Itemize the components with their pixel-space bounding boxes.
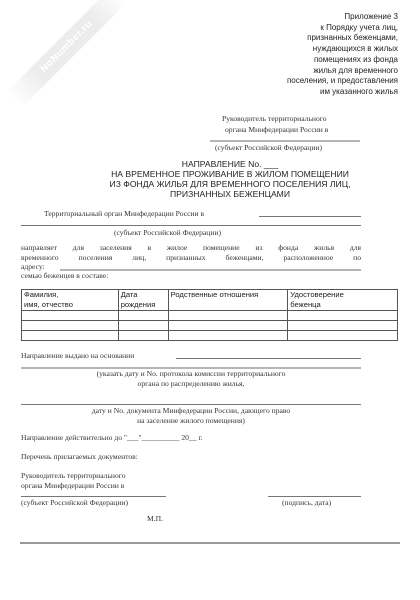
header-birth-date: Датарождения xyxy=(118,290,168,311)
document-title: НАПРАВЛЕНИЕ No. ___ НА ВРЕМЕННОЕ ПРОЖИВА… xyxy=(60,159,400,199)
appendix-line: нуждающихся в жилых xyxy=(228,44,398,55)
title-line: ИЗ ФОНДА ЖИЛЬЯ ДЛЯ ВРЕМЕННОГО ПОСЕЛЕНИЯ … xyxy=(60,179,400,189)
cell-birth-date[interactable] xyxy=(118,321,168,331)
basis-field[interactable] xyxy=(176,358,361,359)
signature-line1: Руководитель территориального xyxy=(21,471,126,481)
organ-subject-field-line2[interactable] xyxy=(21,225,361,226)
watermark: NoNumber.ru xyxy=(6,0,128,108)
stamp-label: М.П. xyxy=(147,514,163,524)
cell-relationship[interactable] xyxy=(168,321,288,331)
cell-refugee-certificate[interactable] xyxy=(288,321,398,331)
cell-birth-date[interactable] xyxy=(118,331,168,341)
cell-full-name[interactable] xyxy=(22,321,119,331)
paragraph-line1: направляет для заселения в жилое помещен… xyxy=(21,243,361,253)
family-table: Фамилия,имя, отчество Датарождения Родст… xyxy=(21,289,398,341)
footer-divider xyxy=(20,542,400,544)
appendix-line: признанных беженцами, xyxy=(228,33,398,44)
title-line: НА ВРЕМЕННОЕ ПРОЖИВАНИЕ В ЖИЛОМ ПОМЕЩЕНИ… xyxy=(60,169,400,179)
validity-text: Направление действительно до "___"______… xyxy=(21,433,203,443)
table-header-row: Фамилия,имя, отчество Датарождения Родст… xyxy=(22,290,398,311)
signature-sign-caption: (подпись, дата) xyxy=(282,498,331,508)
header-refugee-certificate: Удостоверениебеженца xyxy=(288,290,398,311)
addressee-caption: (субъект Российской Федерации) xyxy=(215,143,322,153)
appendix-line: Приложение 3 xyxy=(228,12,398,23)
signature-subject-field[interactable] xyxy=(21,496,166,497)
basis-field-line3[interactable] xyxy=(21,404,361,405)
cell-birth-date[interactable] xyxy=(118,311,168,321)
title-line: НАПРАВЛЕНИЕ No. ___ xyxy=(60,159,400,169)
organ-subject-field[interactable] xyxy=(259,216,361,217)
addressee-line2: органа Минфедерации России в xyxy=(225,125,328,135)
appendix-line: поселения, и предоставления xyxy=(228,76,398,87)
basis-caption1-line1: (указать дату и No. протокола комиссии т… xyxy=(21,369,361,379)
appendix-line: к Порядку учета лиц, xyxy=(228,23,398,34)
header-full-name: Фамилия,имя, отчество xyxy=(22,290,119,311)
cell-refugee-certificate[interactable] xyxy=(288,331,398,341)
cell-full-name[interactable] xyxy=(22,311,119,321)
organ-caption: (субъект Российской Федерации) xyxy=(114,228,221,238)
appendix-header: Приложение 3 к Порядку учета лиц, призна… xyxy=(228,12,398,98)
addressee-subject-field[interactable] xyxy=(210,140,360,142)
basis-caption2-line2: на заселение жилого помещения) xyxy=(21,416,361,426)
paragraph-line2: временного поселения лиц, признанных беж… xyxy=(21,253,361,263)
documents-label: Перечень прилагаемых документов: xyxy=(21,452,138,462)
table-row xyxy=(22,331,398,341)
cell-relationship[interactable] xyxy=(168,331,288,341)
signature-sign-field[interactable] xyxy=(268,496,361,497)
cell-refugee-certificate[interactable] xyxy=(288,311,398,321)
basis-label: Направление выдано на основании xyxy=(21,351,134,361)
signature-subject-caption: (субъект Российской Федерации) xyxy=(21,498,128,508)
header-relationship: Родственные отношения xyxy=(168,290,288,311)
appendix-line: помещениях из фонда xyxy=(228,55,398,66)
signature-line2: органа Минфедерации России в xyxy=(21,481,124,491)
cell-relationship[interactable] xyxy=(168,311,288,321)
title-line: ПРИЗНАННЫХ БЕЖЕНЦАМИ xyxy=(60,189,400,199)
organ-label: Территориальный орган Минфедерации Росси… xyxy=(44,209,204,219)
basis-caption2-line1: дату и No. документа Минфедерации России… xyxy=(21,406,361,416)
table-row xyxy=(22,321,398,331)
cell-full-name[interactable] xyxy=(22,331,119,341)
table-row xyxy=(22,311,398,321)
basis-caption1-line2: органа по распределению жилья, xyxy=(21,379,361,389)
appendix-line: жилья для временного xyxy=(228,66,398,77)
family-label: семью беженцев в составе: xyxy=(21,271,108,281)
addressee-line1: Руководитель территориального xyxy=(222,114,327,124)
appendix-line: им указанного жилья xyxy=(228,87,398,98)
